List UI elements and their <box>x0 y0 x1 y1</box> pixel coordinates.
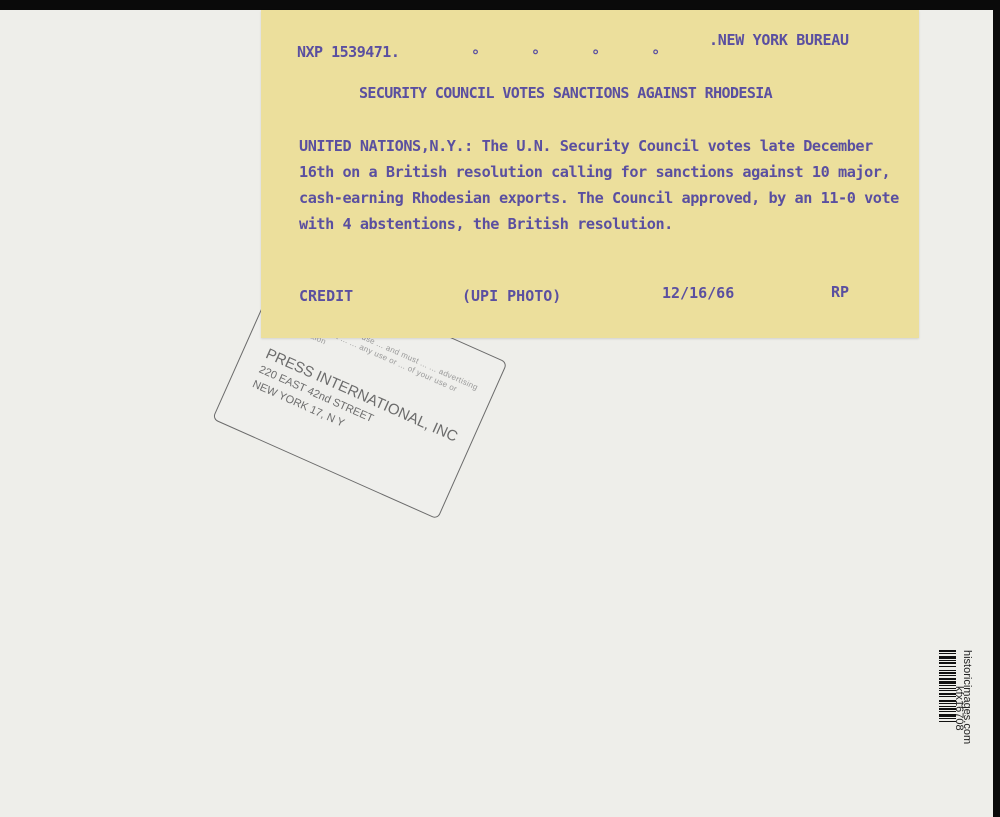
credit-value: (UPI PHOTO) <box>462 287 561 305</box>
watermark-id: kfx16708 <box>953 686 965 731</box>
headline: SECURITY COUNCIL VOTES SANCTIONS AGAINST… <box>359 84 772 102</box>
bureau-label: .NEW YORK BUREAU <box>709 31 849 49</box>
separator-dots: ∘ ∘ ∘ ∘ <box>471 43 660 61</box>
serial-number: NXP 1539471. <box>297 43 399 61</box>
caption-slip: NXP 1539471. ∘ ∘ ∘ ∘ .NEW YORK BUREAU SE… <box>261 10 919 338</box>
caption-date: 12/16/66 <box>662 284 734 302</box>
credit-label: CREDIT <box>299 287 353 305</box>
caption-body: UNITED NATIONS,N.Y.: The U.N. Security C… <box>299 133 899 237</box>
watermark: historicimages.com kfx16708 <box>937 648 971 772</box>
caption-initials: RP <box>831 283 849 301</box>
